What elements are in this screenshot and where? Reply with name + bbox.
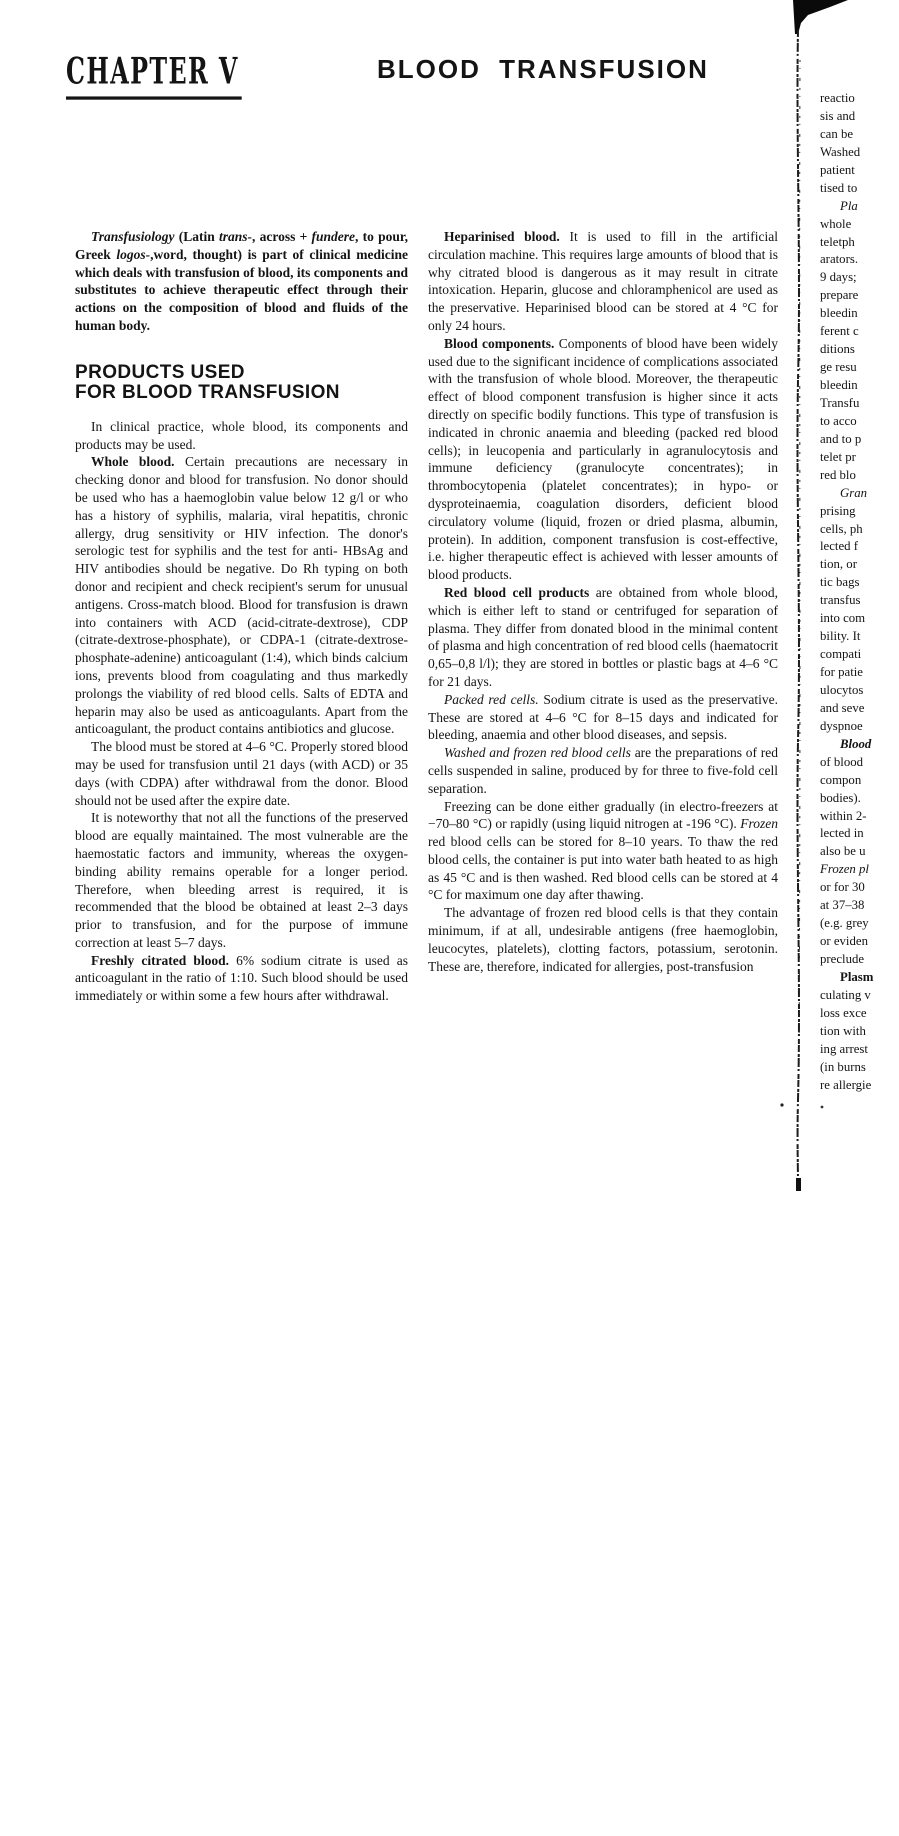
middle-column: Heparinised blood. It is used to fill in…	[428, 228, 778, 975]
edge-text-line: re allergie	[820, 1077, 899, 1095]
scan-speck	[780, 1103, 783, 1106]
page-title: BLOOD TRANSFUSION	[377, 54, 709, 85]
text-segment: arators.	[820, 252, 858, 266]
edge-text-line: loss exce	[820, 1005, 899, 1023]
text-segment: Certain precautions are necessary in che…	[75, 454, 408, 736]
edge-text-line: within 2-	[820, 808, 899, 826]
edge-text-line: to acco	[820, 413, 899, 431]
edge-text-line: ditions	[820, 341, 899, 359]
text-segment: cells, ph	[820, 522, 863, 536]
edge-text-line: Blood	[820, 736, 899, 754]
edge-text-line: preclude	[820, 951, 899, 969]
text-segment: prepare	[820, 288, 858, 302]
edge-text-line: teletph	[820, 234, 899, 252]
edge-text-line: or eviden	[820, 933, 899, 951]
edge-text-line: (e.g. grey	[820, 915, 899, 933]
edge-text-line: tion, or	[820, 556, 899, 574]
edge-text-line: sis and	[820, 108, 899, 126]
section-heading-line2: FOR BLOOD TRANSFUSION	[75, 383, 408, 404]
text-segment: Frozen	[740, 816, 778, 831]
adjacent-page-text-column: reactiosis andcan beWashedpatienttised t…	[820, 90, 899, 1095]
text-segment: re allergie	[820, 1078, 871, 1092]
edge-text-line: whole	[820, 216, 899, 234]
text-segment: ing arrest	[820, 1042, 868, 1056]
text-segment: or eviden	[820, 934, 868, 948]
text-segment: or for 30	[820, 880, 865, 894]
text-segment: culating v	[820, 988, 871, 1002]
edge-text-line: for patie	[820, 664, 899, 682]
text-segment: , across +	[252, 229, 312, 244]
text-segment: prising	[820, 504, 856, 518]
paragraph: Whole blood. Certain precautions are nec…	[75, 453, 408, 738]
text-segment: ferent c	[820, 324, 859, 338]
edge-text-line: bility. It	[820, 628, 899, 646]
text-segment: are obtained from whole blood, which is …	[428, 585, 778, 689]
edge-text-line: dyspnoe	[820, 718, 899, 736]
text-segment: compon	[820, 773, 861, 787]
edge-text-line: cells, ph	[820, 521, 899, 539]
text-segment: trans-	[219, 229, 252, 244]
paragraph: In clinical practice, whole blood, its c…	[75, 418, 408, 454]
chapter-heading: CHAPTER V	[66, 50, 242, 100]
text-segment: reactio	[820, 91, 855, 105]
edge-text-line: of blood	[820, 754, 899, 772]
text-segment: into com	[820, 611, 865, 625]
edge-text-line: transfus	[820, 592, 899, 610]
text-segment: patient	[820, 163, 855, 177]
paragraph: Washed and frozen red blood cells are th…	[428, 744, 778, 797]
edge-text-line: red blo	[820, 467, 899, 485]
edge-text-line: or for 30	[820, 879, 899, 897]
edge-text-line: tised to	[820, 180, 899, 198]
text-segment: of blood	[820, 755, 863, 769]
text-segment: Frozen pl	[820, 862, 869, 876]
text-segment: and seve	[820, 701, 864, 715]
binding-crease-line	[798, 30, 799, 1185]
text-segment: ulocytos	[820, 683, 863, 697]
text-segment: Gran	[840, 486, 867, 500]
text-segment: can be	[820, 127, 853, 141]
edge-text-line: ferent c	[820, 323, 899, 341]
paragraph: Blood components. Components of blood ha…	[428, 335, 778, 584]
paragraph: Heparinised blood. It is used to fill in…	[428, 228, 778, 335]
section-heading-line1: PRODUCTS USED	[75, 363, 408, 384]
edge-text-line: arators.	[820, 251, 899, 269]
left-column: Transfusiology (Latin trans-, across + f…	[75, 228, 408, 1005]
edge-text-line: bleedin	[820, 377, 899, 395]
paragraph: Transfusiology (Latin trans-, across + f…	[75, 228, 408, 335]
edge-text-line: culating v	[820, 987, 899, 1005]
edge-text-line: Plasm	[820, 969, 899, 987]
edge-text-line: and to p	[820, 431, 899, 449]
edge-text-line: tic bags	[820, 574, 899, 592]
edge-text-line: Pla	[820, 198, 899, 216]
text-segment: within 2-	[820, 809, 867, 823]
text-segment: Blood components.	[444, 336, 554, 351]
text-segment: In clinical practice, whole blood, its c…	[75, 419, 408, 452]
book-page: CHAPTER V BLOOD TRANSFUSION Transfusiolo…	[0, 0, 899, 1836]
binding-crease-line-2	[799, 60, 800, 1050]
text-segment: 9 days;	[820, 270, 857, 284]
text-segment: (Latin	[175, 229, 219, 244]
edge-text-line: also be u	[820, 843, 899, 861]
paragraph: Freshly citrated blood. 6% sodium citrat…	[75, 952, 408, 1005]
text-segment: Heparinised blood.	[444, 229, 560, 244]
text-segment: Components of blood have been widely use…	[428, 336, 778, 582]
paragraph: Freezing can be done either gradually (i…	[428, 798, 778, 905]
text-segment: Pla	[840, 199, 858, 213]
text-segment: also be u	[820, 844, 866, 858]
edge-text-line: bodies).	[820, 790, 899, 808]
binding-line-end-blob	[796, 1178, 801, 1191]
text-segment: preclude	[820, 952, 864, 966]
edge-text-line: reactio	[820, 90, 899, 108]
text-segment: tion with	[820, 1024, 866, 1038]
text-segment: Packed red cells.	[444, 692, 539, 707]
text-segment: bility. It	[820, 629, 860, 643]
text-segment: The blood must be stored at 4–6 °C. Prop…	[75, 739, 408, 807]
paragraph: Red blood cell products are obtained fro…	[428, 584, 778, 691]
text-segment: ditions	[820, 342, 855, 356]
text-segment: loss exce	[820, 1006, 867, 1020]
edge-text-line: compati	[820, 646, 899, 664]
text-segment: Freezing can be done either gradually (i…	[428, 799, 778, 832]
edge-text-line: Gran	[820, 485, 899, 503]
edge-text-line: prising	[820, 503, 899, 521]
text-segment: sis and	[820, 109, 855, 123]
edge-text-line: tion with	[820, 1023, 899, 1041]
edge-text-line: bleedin	[820, 305, 899, 323]
intro-paragraph-block: Transfusiology (Latin trans-, across + f…	[75, 228, 408, 335]
left-column-paragraphs: In clinical practice, whole blood, its c…	[75, 418, 408, 1005]
edge-text-line: telet pr	[820, 449, 899, 467]
edge-text-line: patient	[820, 162, 899, 180]
text-segment: logos-	[116, 247, 150, 262]
text-segment: teletph	[820, 235, 855, 249]
middle-column-paragraphs: Heparinised blood. It is used to fill in…	[428, 228, 778, 975]
text-segment: Washed and frozen red blood cells	[444, 745, 631, 760]
text-segment: dyspnoe	[820, 719, 863, 733]
text-segment: Plasm	[840, 970, 873, 984]
edge-text-line: can be	[820, 126, 899, 144]
text-segment: tic bags	[820, 575, 859, 589]
text-segment: tion, or	[820, 557, 857, 571]
text-segment: It is used to fill in the artificial cir…	[428, 229, 778, 333]
text-segment: (e.g. grey	[820, 916, 869, 930]
text-segment: (in burns	[820, 1060, 866, 1074]
edge-text-line: and seve	[820, 700, 899, 718]
text-segment: red blood cells can be stored for 8–10 y…	[428, 834, 778, 902]
text-segment: It is noteworthy that not all the functi…	[75, 810, 408, 950]
edge-text-line: Washed	[820, 144, 899, 162]
edge-text-line: ing arrest	[820, 1041, 899, 1059]
edge-text-line: Frozen pl	[820, 861, 899, 879]
edge-text-line: 9 days;	[820, 269, 899, 287]
edge-text-line: ge resu	[820, 359, 899, 377]
edge-text-line: at 37–38	[820, 897, 899, 915]
edge-text-line: Transfu	[820, 395, 899, 413]
text-segment: Transfusiology	[91, 229, 175, 244]
text-segment: Whole blood.	[91, 454, 175, 469]
text-segment: whole	[820, 217, 851, 231]
edge-text-line: lected in	[820, 825, 899, 843]
text-segment: ge resu	[820, 360, 857, 374]
text-segment: lected f	[820, 539, 858, 553]
text-segment: The advantage of frozen red blood cells …	[428, 905, 778, 973]
paragraph: Packed red cells. Sodium citrate is used…	[428, 691, 778, 744]
paragraph: The blood must be stored at 4–6 °C. Prop…	[75, 738, 408, 809]
text-segment: fundere	[312, 229, 356, 244]
section-heading: PRODUCTS USED FOR BLOOD TRANSFUSION	[75, 363, 408, 404]
edge-text-line: into com	[820, 610, 899, 628]
edge-text-line: lected f	[820, 538, 899, 556]
text-segment: tised to	[820, 181, 857, 195]
edge-text-line: (in burns	[820, 1059, 899, 1077]
paragraph: The advantage of frozen red blood cells …	[428, 904, 778, 975]
text-segment: red blo	[820, 468, 856, 482]
text-segment: and to p	[820, 432, 861, 446]
text-segment: for patie	[820, 665, 863, 679]
page-corner-shadow	[793, 0, 848, 34]
paragraph: It is noteworthy that not all the functi…	[75, 809, 408, 951]
scan-speck	[821, 1106, 824, 1109]
edge-text-line: prepare	[820, 287, 899, 305]
text-segment: Washed	[820, 145, 860, 159]
text-segment: at 37–38	[820, 898, 864, 912]
text-segment: Blood	[840, 737, 871, 751]
text-segment: compati	[820, 647, 861, 661]
text-segment: Transfu	[820, 396, 859, 410]
text-segment: lected in	[820, 826, 864, 840]
edge-text-line: compon	[820, 772, 899, 790]
text-segment: to acco	[820, 414, 857, 428]
text-segment: bodies).	[820, 791, 861, 805]
text-segment: telet pr	[820, 450, 856, 464]
text-segment: Freshly citrated blood.	[91, 953, 229, 968]
text-segment: bleedin	[820, 378, 858, 392]
text-segment: bleedin	[820, 306, 858, 320]
text-segment: transfus	[820, 593, 861, 607]
edge-text-line: ulocytos	[820, 682, 899, 700]
text-segment: Red blood cell products	[444, 585, 589, 600]
